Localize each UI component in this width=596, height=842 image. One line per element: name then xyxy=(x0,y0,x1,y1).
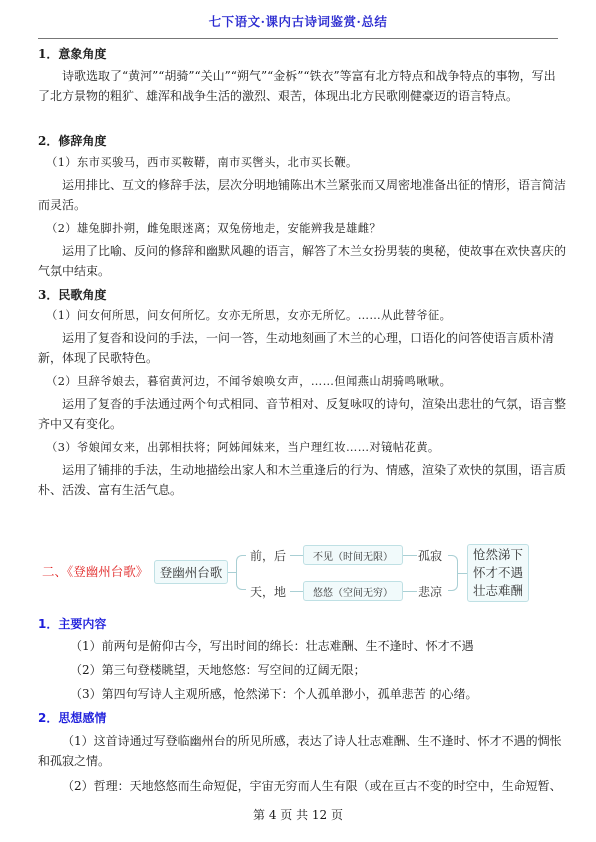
page-header-title: 七下语文·课内古诗词鉴赏·总结 xyxy=(0,12,596,30)
result-line: 怀才不遇 xyxy=(473,564,523,582)
heading-folk-song: 3．民歌角度 xyxy=(38,285,566,305)
heading-rhetoric: 2．修辞角度 xyxy=(38,131,566,151)
para-thoughts-1: （1）这首诗通过写登临幽州台的所见所感，表达了诗人壮志难酬、生不逢时、怀才不遇的… xyxy=(38,731,566,771)
result-line: 怆然涕下 xyxy=(473,546,523,564)
branch-heaven-earth: 天，地 xyxy=(250,583,286,600)
quote-folk-3: （3）爷娘闻女来，出郭相扶将；阿姊闻妹来，当户理红妆……对镜帖花黄。 xyxy=(46,438,574,458)
heading-imagery: 1．意象角度 xyxy=(38,44,566,64)
connector-bracket xyxy=(236,555,246,590)
quote-rhetoric-1: （1）东市买骏马，西市买鞍鞯，南市买辔头，北市买长鞭。 xyxy=(46,153,574,173)
quote-folk-1: （1）问女何所思，问女何所忆。女亦无所思，女亦无所忆。……从此替爷征。 xyxy=(46,306,574,326)
heading-main-content: 1．主要内容 xyxy=(38,614,566,634)
para-thoughts-2: （2）哲理：天地悠悠而生命短促，宇宙无穷而人生有限（或在亘古不变的时空中，生命短… xyxy=(38,776,566,796)
connector xyxy=(403,555,417,556)
connector xyxy=(458,573,467,574)
para-rhetoric-2: 运用了比喻、反问的修辞和幽默风趣的语言，解答了木兰女扮男装的奥秘，使故事在欢快喜… xyxy=(38,241,566,281)
para-rhetoric-1: 运用排比、互文的修辞手法，层次分明地铺陈出木兰紧张而又周密地准备出征的情形，语言… xyxy=(38,175,566,215)
heading-thoughts: 2．思想感情 xyxy=(38,708,566,728)
list-item: （2）第三句登楼眺望，天地悠悠：写空间的辽阔无限； xyxy=(70,660,566,680)
para-imagery: 诗歌选取了“黄河”“胡骑”“关山”“朔气”“金柝”“铁衣”等富有北方特点和战争特… xyxy=(38,66,566,106)
connector xyxy=(403,591,417,592)
list-item: （1）前两句是俯仰古今，写出时间的绵长：壮志难酬、生不逢时、怀才不遇 xyxy=(70,636,566,656)
quote-rhetoric-2: （2）雄兔脚扑朔，雌兔眼迷离；双兔傍地走，安能辨我是雄雌？ xyxy=(46,219,574,239)
page-number: 第 4 页 共 12 页 xyxy=(0,806,596,823)
feeling-sad: 悲凉 xyxy=(418,583,442,600)
list-item: （3）第四句写诗人主观所感，怆然涕下：个人孤单渺小，孤单悲苦 的心绪。 xyxy=(70,684,566,704)
connector xyxy=(290,555,303,556)
node-not-seen: 不见（时间无限） xyxy=(303,545,403,565)
result-line: 壮志难酬 xyxy=(473,582,523,600)
node-result: 怆然涕下 怀才不遇 壮志难酬 xyxy=(467,544,529,602)
node-vast: 悠悠（空间无穷） xyxy=(303,581,403,601)
connector xyxy=(228,572,236,573)
header-divider xyxy=(38,38,558,39)
feeling-lonely: 孤寂 xyxy=(418,547,442,564)
para-folk-1: 运用了复沓和设问的手法，一问一答，生动地刻画了木兰的心理，口语化的问答使语言质朴… xyxy=(38,328,566,368)
quote-folk-2: （2）旦辞爷娘去，暮宿黄河边，不闻爷娘唤女声，……但闻燕山胡骑鸣啾啾。 xyxy=(46,372,574,392)
connector xyxy=(290,591,303,592)
node-root: 登幽州台歌 xyxy=(154,560,228,584)
para-folk-3: 运用了铺排的手法，生动地描绘出家人和木兰重逢后的行为、情感，渲染了欢快的氛围，语… xyxy=(38,460,566,500)
branch-before-after: 前，后 xyxy=(250,547,286,564)
para-folk-2: 运用了复沓的手法通过两个句式相同、音节相对、反复咏叹的诗句，渲染出悲壮的气氛，语… xyxy=(38,394,566,434)
connector-bracket xyxy=(448,555,458,591)
